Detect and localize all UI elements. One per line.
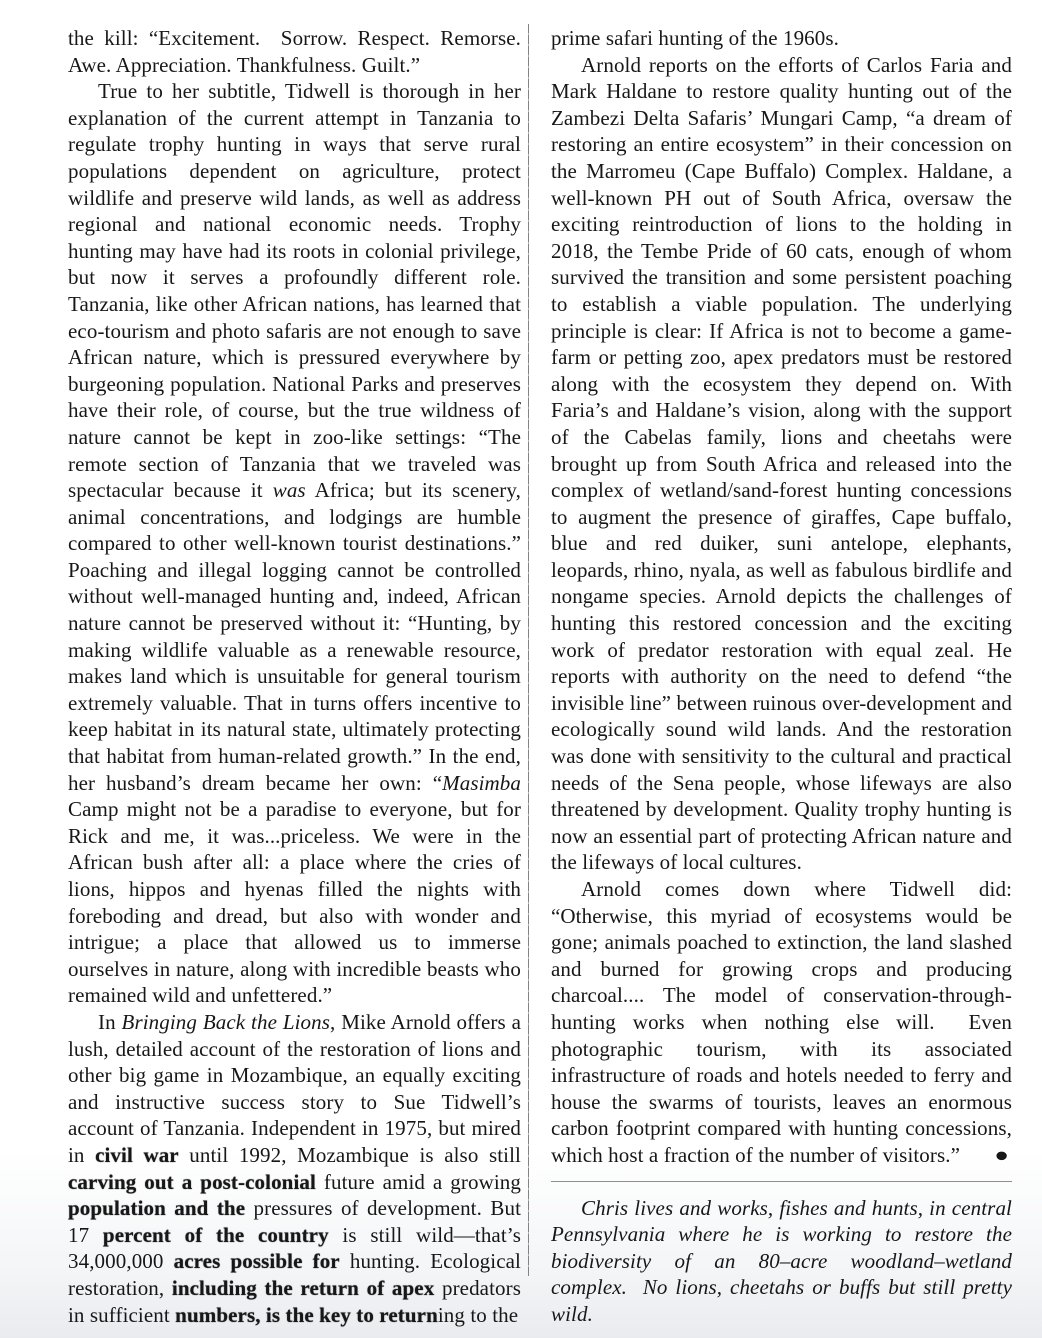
text-segment: In (98, 1010, 122, 1034)
paragraph: Chris lives and works, fishes and hunts,… (551, 1195, 1012, 1328)
end-of-article-mark: ● (960, 1143, 1009, 1168)
text-segment: acres possible for (174, 1249, 340, 1273)
right-column-body: prime safari hunting of the 1960s.Arnold… (551, 25, 1012, 1169)
paragraph: In Bringing Back the Lions, Mike Arnold … (68, 1009, 521, 1328)
text-segment: numbers, is the key to return (175, 1303, 438, 1327)
paragraph: True to her subtitle, Tidwell is thoroug… (68, 78, 521, 1009)
paragraph: the kill: “Excitement. Sorrow. Respect. … (68, 25, 521, 78)
text-segment: Bringing Back the Lions (122, 1010, 331, 1034)
scanned-article-page: the kill: “Excitement. Sorrow. Respect. … (0, 0, 1042, 1338)
text-segment: Chris lives and works, fishes and hunts,… (551, 1196, 1012, 1326)
text-segment: ing to the (438, 1303, 518, 1327)
left-text-column: the kill: “Excitement. Sorrow. Respect. … (68, 25, 521, 1328)
bio-separator-rule (551, 1181, 1012, 1182)
paragraph: prime safari hunting of the 1960s. (551, 25, 1012, 52)
text-segment: was (273, 478, 306, 502)
text-segment: future amid a growing (316, 1170, 521, 1194)
column-divider-line (528, 24, 529, 1276)
text-segment: True to her subtitle, Tidwell is thoroug… (68, 79, 521, 502)
text-segment: carving out a post-colonial (68, 1170, 316, 1194)
paragraph: Arnold comes down where Tidwell did: “Ot… (551, 876, 1012, 1169)
right-text-column: prime safari hunting of the 1960s.Arnold… (551, 25, 1012, 1328)
text-segment: Arnold reports on the efforts of Carlos … (551, 53, 1012, 875)
author-bio: Chris lives and works, fishes and hunts,… (551, 1195, 1012, 1328)
text-segment: prime safari hunting of the 1960s. (551, 26, 839, 50)
text-segment: including the return of apex (172, 1276, 434, 1300)
text-segment: civil war (95, 1143, 179, 1167)
text-segment: Masimba (442, 771, 521, 795)
text-segment: population and the (68, 1196, 245, 1220)
text-segment: until 1992, Mozambique is also still (179, 1143, 521, 1167)
text-segment: percent of the country (103, 1223, 329, 1247)
text-segment: Camp might not be a paradise to everyone… (68, 797, 521, 1007)
text-segment: Arnold comes down where Tidwell did: “Ot… (551, 877, 1012, 1167)
paragraph: Arnold reports on the efforts of Carlos … (551, 52, 1012, 876)
text-segment: Africa; but its scenery, animal concentr… (68, 478, 521, 795)
text-segment: the kill: “Excitement. Sorrow. Respect. … (68, 26, 521, 77)
